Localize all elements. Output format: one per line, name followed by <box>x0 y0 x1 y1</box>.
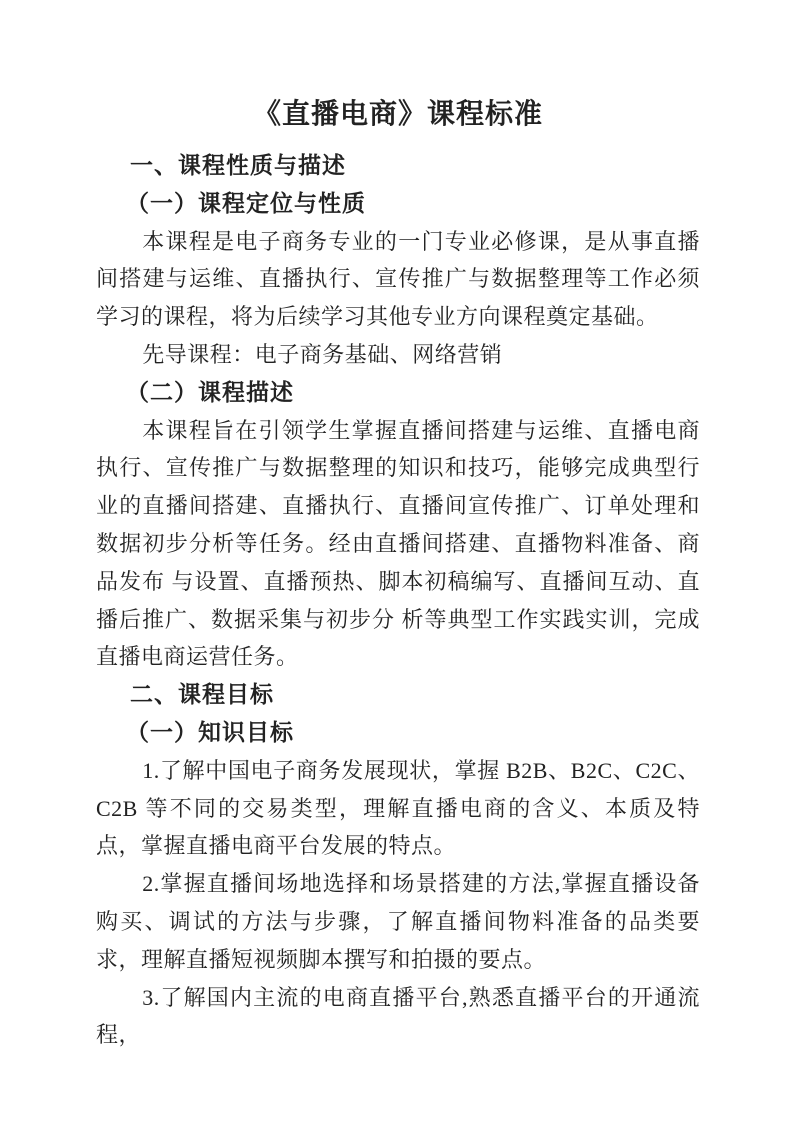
paragraph-course-position: 本课程是电子商务专业的一门专业必修课，是从事直播间搭建与运维、直播执行、宣传推广… <box>96 223 700 336</box>
paragraph-course-description: 本课程旨在引领学生掌握直播间搭建与运维、直播电商执行、宣传推广与数据整理的知识和… <box>96 412 700 677</box>
subsection-heading-course-description: （二）课程描述 <box>126 374 700 412</box>
section-heading-course-nature: 一、课程性质与描述 <box>130 147 700 185</box>
paragraph-knowledge-goal-2: 2.掌握直播间场地选择和场景搭建的方法,掌握直播设备购买、调试的方法与步骤，了解… <box>96 865 700 978</box>
paragraph-knowledge-goal-1: 1.了解中国电子商务发展现状，掌握 B2B、B2C、C2C、C2B 等不同的交易… <box>96 752 700 865</box>
paragraph-knowledge-goal-3: 3.了解国内主流的电商直播平台,熟悉直播平台的开通流程， <box>96 979 700 1055</box>
document-page: 《直播电商》课程标准 一、课程性质与描述 （一）课程定位与性质 本课程是电子商务… <box>0 0 794 1123</box>
subsection-heading-knowledge-goals: （一）知识目标 <box>126 714 700 752</box>
section-heading-course-goals: 二、课程目标 <box>130 676 700 714</box>
subsection-heading-course-position: （一）课程定位与性质 <box>126 185 700 223</box>
paragraph-prerequisite-courses: 先导课程：电子商务基础、网络营销 <box>96 336 700 374</box>
page-title: 《直播电商》课程标准 <box>96 92 700 137</box>
